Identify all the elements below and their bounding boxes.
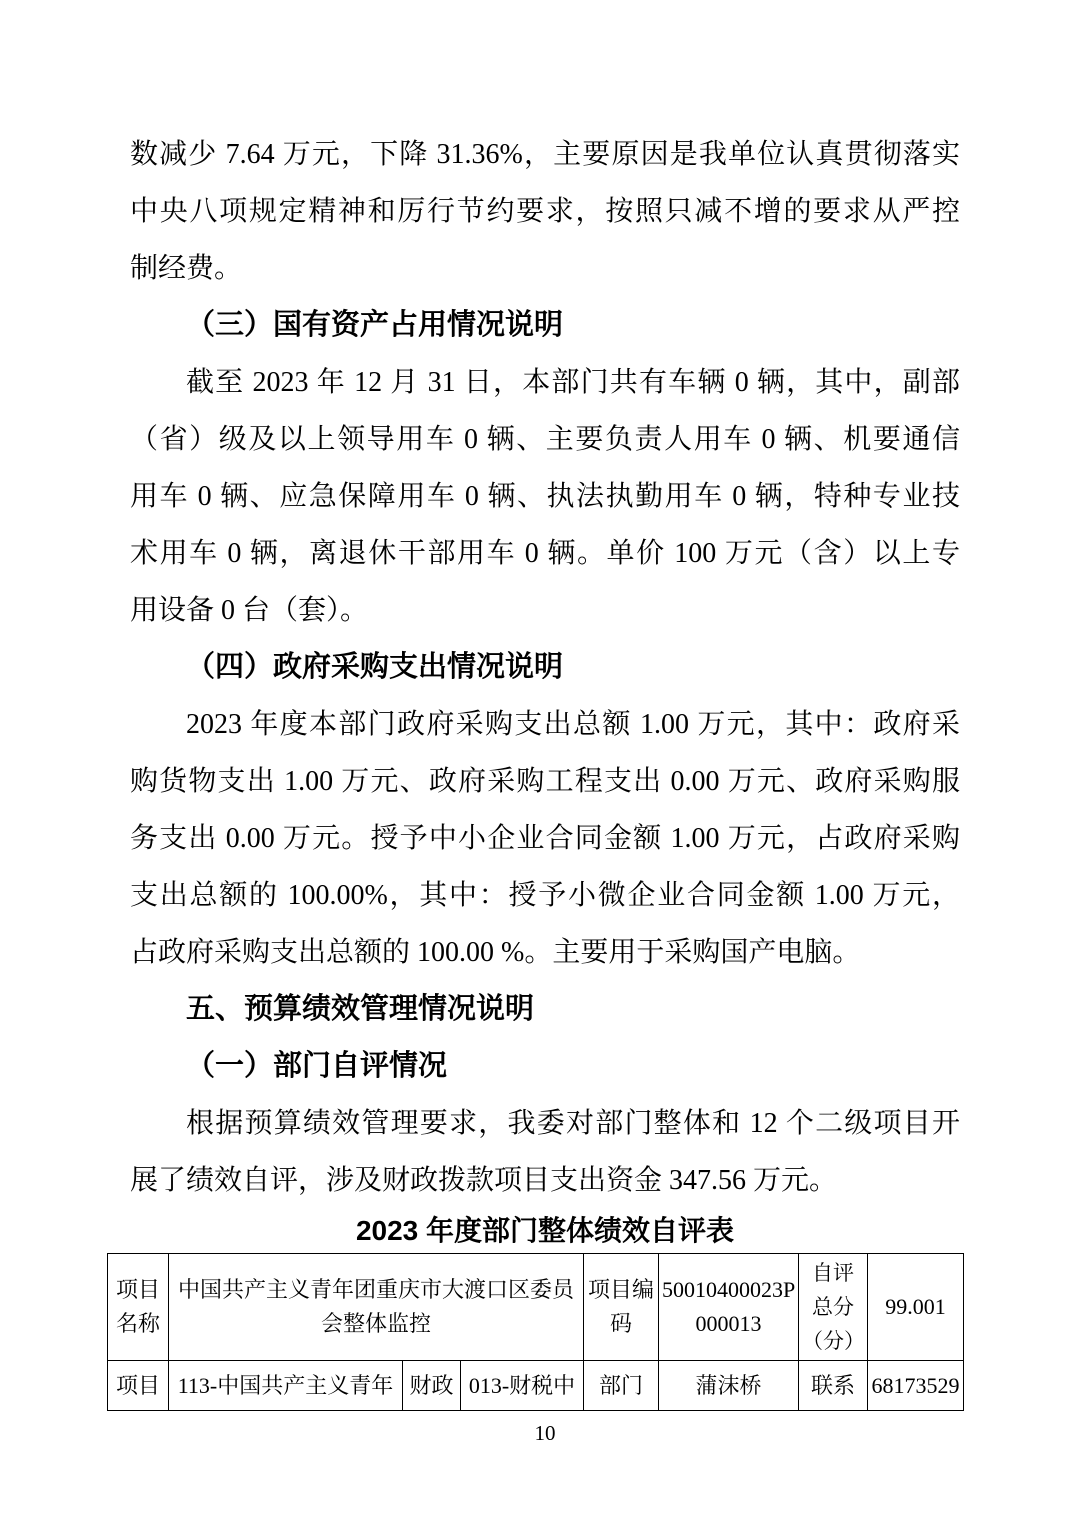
contact-value-cell: 68173529 [868,1361,964,1411]
score-label-line: 自评 [802,1256,864,1290]
body-line: 中央八项规定精神和厉行节约要求，按照只减不增的要求从严控 [130,183,960,240]
finance-code-cell: 013-财税中 [461,1361,584,1411]
score-value-cell: 99.001 [868,1254,964,1361]
body-line: 占政府采购支出总额的 100.00 %。主要用于采购国产电脑。 [130,924,960,981]
contact-label-cell: 联系 [799,1361,868,1411]
body-line: 支出总额的 100.00%，其中：授予小微企业合同金额 1.00 万元， [130,867,960,924]
body-line: 2023 年度本部门政府采购支出总额 1.00 万元，其中：政府采 [130,696,960,753]
body-line: 购货物支出 1.00 万元、政府采购工程支出 0.00 万元、政府采购服 [130,753,960,810]
item-label-cell: 项目 [108,1361,169,1411]
project-code-line: 50010400023P [662,1273,795,1307]
heading-procurement: （四）政府采购支出情况说明 [130,639,960,696]
body-line: 根据预算绩效管理要求，我委对部门整体和 12 个二级项目开 [130,1095,960,1152]
project-code-value-cell: 50010400023P 000013 [659,1254,799,1361]
body-line: 展了绩效自评，涉及财政拨款项目支出资金 347.56 万元。 [130,1152,960,1209]
project-code-label-cell: 项目编码 [584,1254,659,1361]
page-content: 数减少 7.64 万元，下降 31.36%，主要原因是我单位认真贯彻落实 中央八… [130,126,960,1447]
score-label-line: （分） [802,1324,864,1358]
heading-state-assets: （三）国有资产占用情况说明 [130,297,960,354]
self-evaluation-table: 项目名称 中国共产主义青年团重庆市大渡口区委员会整体监控 项目编码 500104… [107,1253,964,1411]
project-name-value-cell: 中国共产主义青年团重庆市大渡口区委员会整体监控 [169,1254,584,1361]
body-line: 截至 2023 年 12 月 31 日，本部门共有车辆 0 辆，其中，副部 [130,354,960,411]
body-line: 用车 0 辆、应急保障用车 0 辆、执法执勤用车 0 辆，特种专业技 [130,468,960,525]
heading-performance-mgmt: 五、预算绩效管理情况说明 [130,981,960,1038]
table-row: 项目名称 中国共产主义青年团重庆市大渡口区委员会整体监控 项目编码 500104… [108,1254,964,1361]
table-row: 项目 113-中国共产主义青年 财政 013-财税中 部门 蒲沫桥 联系 681… [108,1361,964,1411]
body-line: （省）级及以上领导用车 0 辆、主要负责人用车 0 辆、机要通信 [130,411,960,468]
finance-cell: 财政 [403,1361,461,1411]
item-value-cell: 113-中国共产主义青年 [169,1361,403,1411]
page-number: 10 [130,1419,960,1447]
table-title: 2023 年度部门整体绩效自评表 [130,1209,960,1253]
dept-label-cell: 部门 [584,1361,659,1411]
project-code-line: 000013 [662,1307,795,1341]
body-line: 用设备 0 台（套）。 [130,582,960,639]
project-name-label-cell: 项目名称 [108,1254,169,1361]
document-page: 数减少 7.64 万元，下降 31.36%，主要原因是我单位认真贯彻落实 中央八… [0,0,1074,1520]
dept-value-cell: 蒲沫桥 [659,1361,799,1411]
score-label-line: 总分 [802,1290,864,1324]
body-line: 务支出 0.00 万元。授予中小企业合同金额 1.00 万元，占政府采购 [130,810,960,867]
body-line: 制经费。 [130,240,960,297]
body-line: 术用车 0 辆，离退休干部用车 0 辆。单价 100 万元（含）以上专 [130,525,960,582]
body-line: 数减少 7.64 万元，下降 31.36%，主要原因是我单位认真贯彻落实 [130,126,960,183]
score-label-cell: 自评 总分 （分） [799,1254,868,1361]
heading-self-evaluation: （一）部门自评情况 [130,1038,960,1095]
